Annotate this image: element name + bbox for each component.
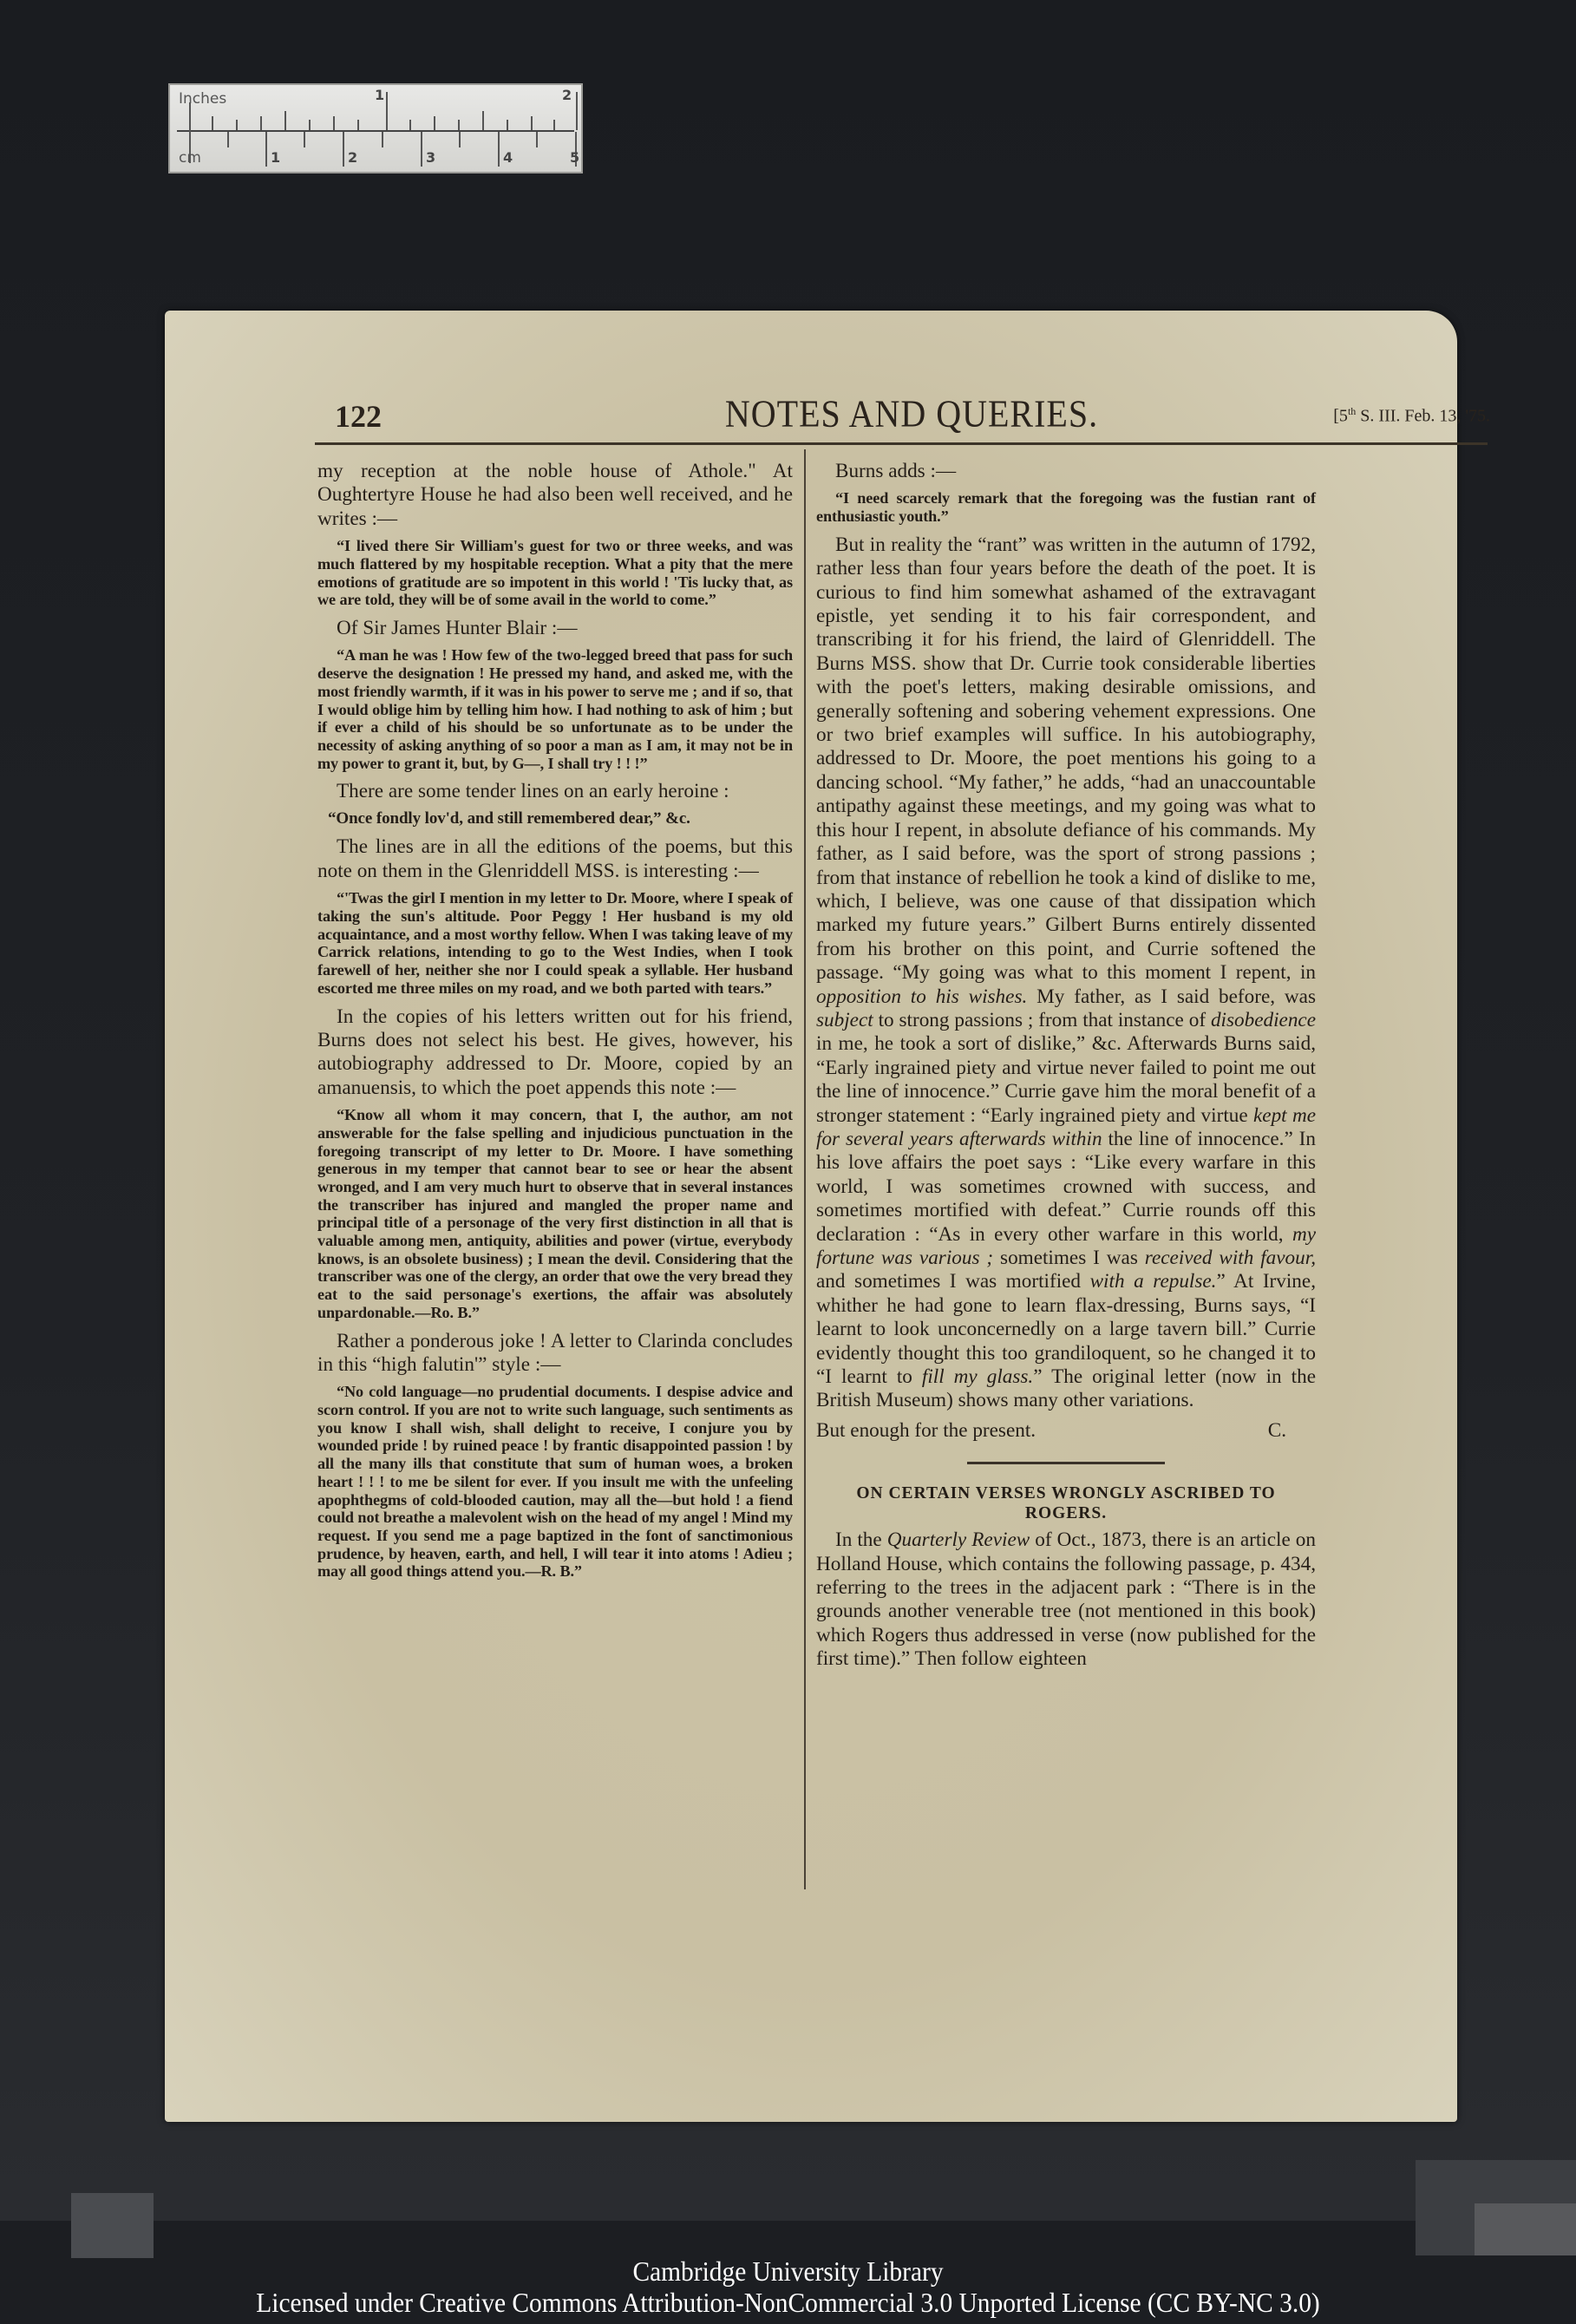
paragraph: But in reality the “rant” was written in… xyxy=(816,534,1316,1413)
credit-license: Licensed under Creative Commons Attribut… xyxy=(63,2287,1514,2318)
page-header: 122 NOTES AND QUERIES. [5th S. III. Feb.… xyxy=(335,393,1488,436)
scan-artifact xyxy=(71,2193,154,2258)
running-title: NOTES AND QUERIES. xyxy=(335,391,1488,436)
paragraph: Of Sir James Hunter Blair :— xyxy=(317,617,793,640)
paragraph: my reception at the noble house of Athol… xyxy=(317,460,793,531)
header-rule xyxy=(315,442,1488,445)
ruler-inch-number: 1 xyxy=(375,87,384,103)
column-divider xyxy=(804,449,806,1889)
ruler-tick xyxy=(576,92,578,130)
scan-artifact xyxy=(1475,2203,1576,2255)
paragraph: The lines are in all the editions of the… xyxy=(317,835,793,883)
ruler-cm-label: cm xyxy=(179,149,201,167)
attribution-credit: Cambridge University Library Licensed un… xyxy=(0,2255,1576,2318)
left-column: my reception at the noble house of Athol… xyxy=(317,460,793,1588)
scale-ruler: Inches 1 2 cm 1 2 3 4 5 xyxy=(168,83,583,173)
block-quote: “'Twas the girl I mention in my letter t… xyxy=(317,889,793,997)
paragraph: In the Quarterly Review of Oct., 1873, t… xyxy=(816,1529,1316,1671)
paragraph: There are some tender lines on an early … xyxy=(317,780,793,803)
journal-page: 122 NOTES AND QUERIES. [5th S. III. Feb.… xyxy=(165,311,1457,2122)
ruler-cm-number: 4 xyxy=(503,149,513,166)
paragraph: In the copies of his letters written out… xyxy=(317,1005,793,1101)
block-quote: “No cold language—no prudential document… xyxy=(317,1383,793,1581)
ruler-baseline xyxy=(177,130,574,132)
ruler-inch-number: 2 xyxy=(562,87,572,103)
ruler-cm-number: 1 xyxy=(271,149,280,166)
right-column: Burns adds :— “I need scarcely remark th… xyxy=(816,460,1316,1678)
block-quote: “Know all whom it may concern, that I, t… xyxy=(317,1106,793,1321)
ruler-cm-number: 5 xyxy=(570,149,579,166)
section-divider xyxy=(967,1462,1165,1464)
article-title: ON CERTAIN VERSES WRONGLY ASCRIBED TO RO… xyxy=(816,1483,1316,1523)
block-quote: “A man he was ! How few of the two-legge… xyxy=(317,646,793,772)
issue-info: [5th S. III. Feb. 13, '75. xyxy=(1333,405,1490,427)
credit-institution: Cambridge University Library xyxy=(63,2255,1514,2287)
ruler-tick xyxy=(386,92,388,130)
paragraph: Burns adds :— xyxy=(816,460,1316,483)
ruler-cm-number: 2 xyxy=(348,149,357,166)
author-signature: C. xyxy=(1268,1419,1286,1443)
ruler-inches-label: Inches xyxy=(179,90,226,108)
ruler-cm-number: 3 xyxy=(426,149,435,166)
signature-line: But enough for the present. C. xyxy=(816,1419,1316,1443)
verse-quote: “Once fondly lov'd, and still remembered… xyxy=(317,810,793,828)
block-quote: “I need scarcely remark that the foregoi… xyxy=(816,489,1316,525)
block-quote: “I lived there Sir William's guest for t… xyxy=(317,537,793,609)
paragraph: Rather a ponderous joke ! A letter to Cl… xyxy=(317,1330,793,1378)
closing-sentence: But enough for the present. xyxy=(816,1419,1036,1443)
